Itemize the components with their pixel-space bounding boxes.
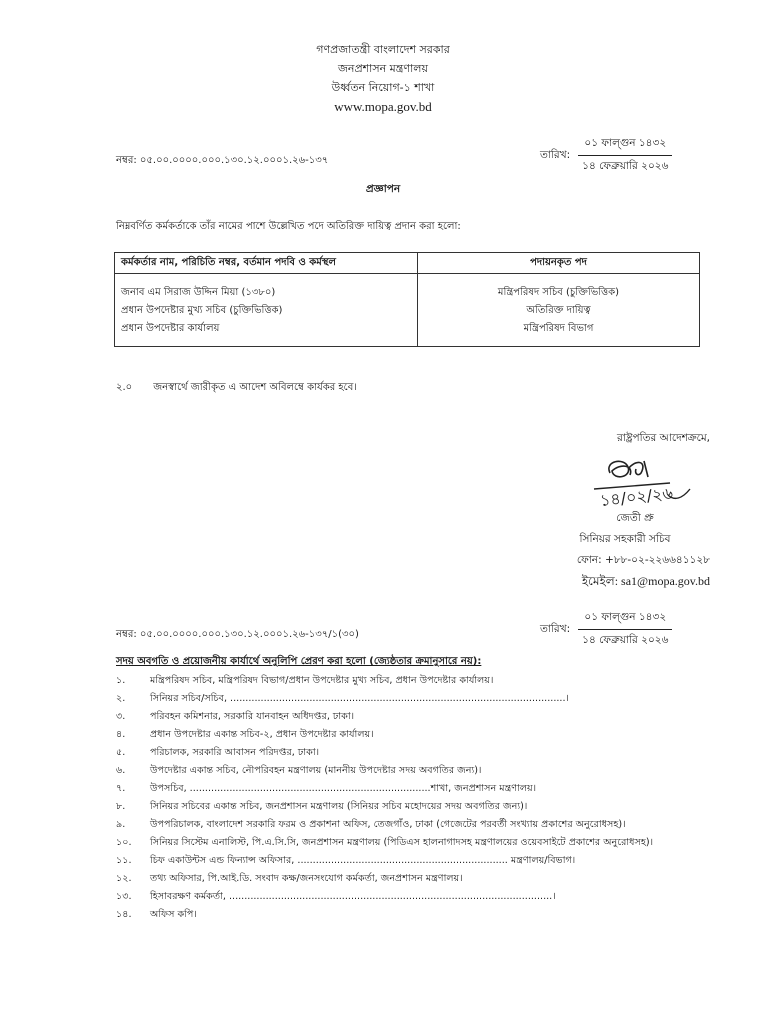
branch-name: উর্ধ্বতন নিয়োগ-১ শাখা (0, 78, 766, 97)
date-gregorian: ১৪ ফেব্রুয়ারি ২০২৬ (576, 630, 674, 650)
list-item-text: তথ্য অফিসার, পি.আই.ডি. সংবাদ কক্ষ/জনসংযো… (150, 870, 706, 888)
government-name: গণপ্রজাতন্ত্রী বাংলাদেশ সরকার (0, 40, 766, 59)
signature-icon: ১৪/০২/২৬ (590, 455, 700, 510)
officer-cell: জনাব এম সিরাজ উদ্দিন মিয়া (১৩৮০) প্রধান… (115, 274, 418, 347)
list-item-text: চিফ একাউন্টস এন্ড ফিন্যান্স অফিসার, ....… (150, 852, 706, 870)
list-item-number: ১০. (116, 834, 150, 852)
signatory-phone: ফোন: +৮৮-০২-২২৬৬৪১১২৮ (500, 550, 710, 571)
handwritten-signature: ১৪/০২/২৬ (590, 455, 700, 514)
officer-name: জনাব এম সিরাজ উদ্দিন মিয়া (১৩৮০) (121, 284, 411, 302)
paragraph-number: ২.০ (116, 380, 150, 397)
assigned-post: মন্ত্রিপরিষদ সচিব (চুক্তিভিত্তিক) (424, 284, 693, 302)
list-item: ৩.পরিবহন কমিশনার, সরকারি যানবাহন অধিদপ্ত… (116, 708, 706, 726)
paragraph-text: জনস্বার্থে জারীকৃত এ আদেশ অবিলম্বে কার্য… (153, 382, 357, 393)
assigned-division: মন্ত্রিপরিষদ বিভাগ (424, 320, 693, 338)
officer-workplace: প্রধান উপদেষ্টার কার্যালয় (121, 320, 411, 338)
list-item: ১২.তথ্য অফিসার, পি.আই.ডি. সংবাদ কক্ষ/জনস… (116, 870, 706, 888)
list-item-number: ১১. (116, 852, 150, 870)
list-item-text: উপদেষ্টার একান্ত সচিব, নৌপরিবহন মন্ত্রণা… (150, 762, 706, 780)
date-fraction: ০১ ফাল্গুন ১৪৩২ ১৪ ফেব্রুয়ারি ২০২৬ (576, 610, 674, 650)
list-item-number: ৬. (116, 762, 150, 780)
memo-number-copy: নম্বর: ০৫.০০.০০০০.০০০.১৩০.১২.০০০১.২৬-১৩৭… (116, 627, 359, 644)
list-item-number: ৮. (116, 798, 150, 816)
list-item: ১৪.অফিস কপি। (116, 906, 706, 924)
date-label: তারিখ: (540, 622, 570, 639)
date-label: তারিখ: (540, 148, 570, 165)
list-item-number: ৭. (116, 780, 150, 798)
list-item: ৪.প্রধান উপদেষ্টার একান্ত সচিব-২, প্রধান… (116, 726, 706, 744)
order-line: রাষ্ট্রপতির আদেশক্রমে, (500, 428, 710, 449)
list-item-number: ৩. (116, 708, 150, 726)
assigned-post-cell: মন্ত্রিপরিষদ সচিব (চুক্তিভিত্তিক) অতিরিক… (418, 274, 700, 347)
list-item-text: হিসাবরক্ষণ কর্মকর্তা, ..................… (150, 888, 706, 906)
list-item-number: ১৪. (116, 906, 150, 924)
list-item-text: উপসচিব, ................................… (150, 780, 706, 798)
website-link[interactable]: www.mopa.gov.bd (0, 97, 766, 116)
memo-date-copy: তারিখ: ০১ ফাল্গুন ১৪৩২ ১৪ ফেব্রুয়ারি ২০… (540, 610, 674, 650)
list-item-text: প্রধান উপদেষ্টার একান্ত সচিব-২, প্রধান উ… (150, 726, 706, 744)
table-header-post: পদায়নকৃত পদ (418, 253, 700, 274)
ministry-name: জনপ্রশাসন মন্ত্রণালয় (0, 59, 766, 78)
list-item-number: ১. (116, 672, 150, 690)
list-item: ৭.উপসচিব, ..............................… (116, 780, 706, 798)
signatory-block: জেতী প্রু সিনিয়র সহকারী সচিব ফোন: +৮৮-০… (500, 508, 710, 592)
officer-current-post: প্রধান উপদেষ্টার মুখ্য সচিব (চুক্তিভিত্ত… (121, 302, 411, 320)
order-line-text: রাষ্ট্রপতির আদেশক্রমে, (617, 432, 710, 444)
list-item: ৫.পরিচালক, সরকারি আবাসন পরিদপ্তর, ঢাকা। (116, 744, 706, 762)
date-fraction: ০১ ফাল্গুন ১৪৩২ ১৪ ফেব্রুয়ারি ২০২৬ (576, 136, 674, 176)
intro-text: নিম্নবর্ণিত কর্মকর্তাকে তাঁর নামের পাশে … (116, 219, 461, 236)
table-row: জনাব এম সিরাজ উদ্দিন মিয়া (১৩৮০) প্রধান… (115, 274, 700, 347)
letterhead: গণপ্রজাতন্ত্রী বাংলাদেশ সরকার জনপ্রশাসন … (0, 40, 766, 116)
date-bangla: ০১ ফাল্গুন ১৪৩২ (578, 136, 672, 156)
list-item-text: সিনিয়র সিস্টেম এনালিস্ট, পি.এ.সি.সি, জন… (150, 834, 706, 852)
list-item-text: পরিবহন কমিশনার, সরকারি যানবাহন অধিদপ্তর,… (150, 708, 706, 726)
signatory-designation: সিনিয়র সহকারী সচিব (500, 529, 710, 550)
assignment-type: অতিরিক্ত দায়িত্ব (424, 302, 693, 320)
list-item-number: ৯. (116, 816, 150, 834)
list-item-number: ১২. (116, 870, 150, 888)
list-item-number: ৫. (116, 744, 150, 762)
list-item: ২.সিনিয়র সচিব/সচিব, ...................… (116, 690, 706, 708)
list-item: ১১.চিফ একাউন্টস এন্ড ফিন্যান্স অফিসার, .… (116, 852, 706, 870)
government-order-document: গণপ্রজাতন্ত্রী বাংলাদেশ সরকার জনপ্রশাসন … (0, 0, 766, 1024)
list-item-number: ৪. (116, 726, 150, 744)
memo-date: তারিখ: ০১ ফাল্গুন ১৪৩২ ১৪ ফেব্রুয়ারি ২০… (540, 136, 674, 176)
list-item-text: অফিস কপি। (150, 906, 706, 924)
list-item-number: ২. (116, 690, 150, 708)
list-item-text: সিনিয়র সচিবের একান্ত সচিব, জনপ্রশাসন মন… (150, 798, 706, 816)
list-item: ৬.উপদেষ্টার একান্ত সচিব, নৌপরিবহন মন্ত্র… (116, 762, 706, 780)
list-item: ৯.উপপরিচালক, বাংলাদেশ সরকারি ফরম ও প্রকা… (116, 816, 706, 834)
list-item: ১.মন্ত্রিপরিষদ সচিব, মন্ত্রিপরিষদ বিভাগ/… (116, 672, 706, 690)
list-item-text: সিনিয়র সচিব/সচিব, .....................… (150, 690, 706, 708)
memo-number: নম্বর: ০৫.০০.০০০০.০০০.১৩০.১২.০০০১.২৬-১৩৭ (116, 153, 328, 170)
document-title: প্রজ্ঞাপন (0, 182, 766, 199)
list-item: ১০.সিনিয়র সিস্টেম এনালিস্ট, পি.এ.সি.সি,… (116, 834, 706, 852)
date-bangla: ০১ ফাল্গুন ১৪৩২ (578, 610, 672, 630)
list-item-number: ১৩. (116, 888, 150, 906)
signatory-name: জেতী প্রু (500, 508, 710, 529)
list-item: ৮.সিনিয়র সচিবের একান্ত সচিব, জনপ্রশাসন … (116, 798, 706, 816)
distribution-list: ১.মন্ত্রিপরিষদ সচিব, মন্ত্রিপরিষদ বিভাগ/… (116, 672, 706, 924)
list-item-text: মন্ত্রিপরিষদ সচিব, মন্ত্রিপরিষদ বিভাগ/প্… (150, 672, 706, 690)
table-header-officer: কর্মকর্তার নাম, পরিচিতি নম্বর, বর্তমান প… (115, 253, 418, 274)
paragraph-2: ২.০ জনস্বার্থে জারীকৃত এ আদেশ অবিলম্বে ক… (116, 380, 357, 397)
list-item-text: পরিচালক, সরকারি আবাসন পরিদপ্তর, ঢাকা। (150, 744, 706, 762)
list-item-text: উপপরিচালক, বাংলাদেশ সরকারি ফরম ও প্রকাশন… (150, 816, 706, 834)
assignment-table: কর্মকর্তার নাম, পরিচিতি নম্বর, বর্তমান প… (114, 252, 700, 347)
date-gregorian: ১৪ ফেব্রুয়ারি ২০২৬ (576, 156, 674, 176)
distribution-heading: সদয় অবগতি ও প্রয়োজনীয় কার্যার্থে অনুল… (116, 654, 481, 671)
list-item: ১৩.হিসাবরক্ষণ কর্মকর্তা, ...............… (116, 888, 706, 906)
signatory-email[interactable]: ইমেইল: sa1@mopa.gov.bd (500, 571, 710, 592)
